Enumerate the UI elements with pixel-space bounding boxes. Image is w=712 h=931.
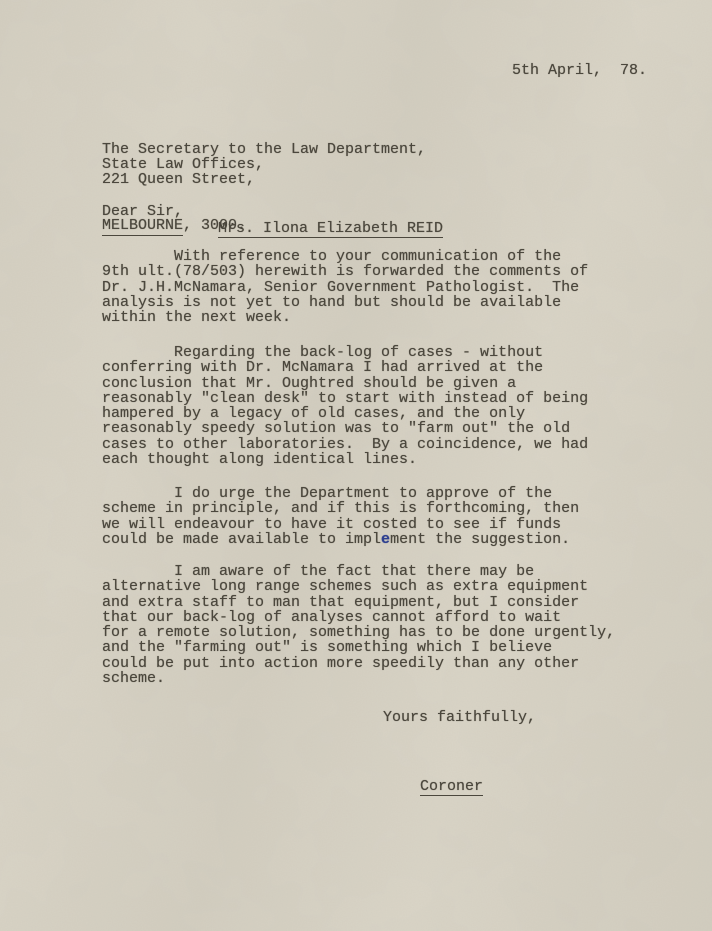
valediction: Yours faithfully,	[383, 710, 536, 725]
overtyped-correction-character: e	[381, 531, 390, 548]
paragraph-3-prefix: could be made available to impl	[102, 531, 381, 548]
salutation: Dear Sir,	[102, 204, 183, 219]
recipient-address: The Secretary to the Law Department, Sta…	[102, 111, 426, 264]
paragraph-3: I do urge the Department to approve of t…	[102, 486, 579, 547]
paragraph-3-suffix: ment the suggestion.	[390, 531, 570, 548]
signature-line: Coroner	[420, 779, 483, 796]
paragraph-1: With reference to your communication of …	[102, 249, 588, 325]
recipient-address-lines: The Secretary to the Law Department, Sta…	[102, 142, 426, 188]
paragraph-2: Regarding the back-log of cases - withou…	[102, 345, 588, 467]
subject-line: Mrs. Ilona Elizabeth REID	[218, 221, 443, 238]
signature-text: Coroner	[420, 779, 483, 796]
letter-date: 5th April, 78.	[512, 63, 647, 78]
paragraph-4: I am aware of the fact that there may be…	[102, 564, 615, 686]
letter-page: 5th April, 78. The Secretary to the Law …	[0, 0, 712, 931]
paragraph-3-start: I do urge the Department to approve of t…	[102, 485, 579, 533]
subject-text: Mrs. Ilona Elizabeth REID	[218, 221, 443, 238]
